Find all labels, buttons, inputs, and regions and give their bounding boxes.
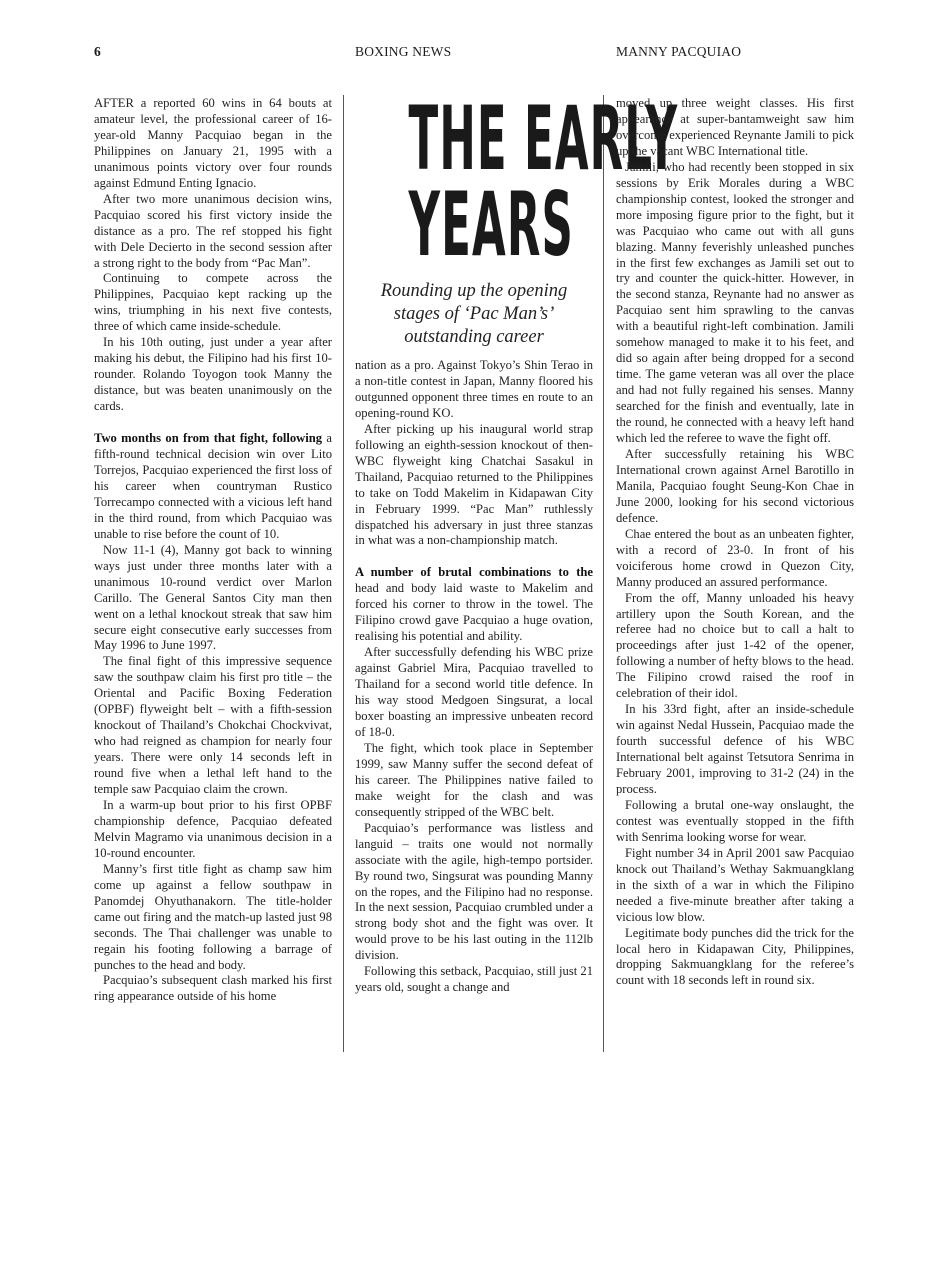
paragraph: In a warm-up bout prior to his first OPB… — [94, 798, 332, 862]
paragraph: Fight number 34 in April 2001 saw Pacqui… — [616, 846, 854, 926]
paragraph: After picking up his inaugural world str… — [355, 422, 593, 550]
paragraph: Continuing to compete across the Philipp… — [94, 271, 332, 335]
article-subtitle: Rounding up the opening stages of ‘Pac M… — [355, 280, 593, 349]
lead-in-text: A number of brutal combinations to the — [355, 565, 593, 579]
article-column-2: nation as a pro. Against Tokyo’s Shin Te… — [355, 358, 593, 996]
page-number: 6 — [94, 44, 101, 60]
article-title-line-1: THE EARLY — [409, 96, 540, 182]
article-column-1: AFTER a reported 60 wins in 64 bouts at … — [94, 96, 332, 1005]
paragraph: Chae entered the bout as an unbeaten fig… — [616, 527, 854, 591]
article-heading: THE EARLY YEARS Rounding up the opening … — [355, 96, 593, 349]
paragraph: After two more unanimous decision wins, … — [94, 192, 332, 272]
paragraph: moved up three weight classes. His first… — [616, 96, 854, 160]
paragraph-lead: A number of brutal combinations to the h… — [355, 565, 593, 645]
paragraph: Pacquiao’s performance was listless and … — [355, 821, 593, 965]
lead-in-text: Two months on from that fight, following — [94, 431, 322, 445]
paragraph: After successfully defending his WBC pri… — [355, 645, 593, 741]
paragraph: From the off, Manny unloaded his heavy a… — [616, 591, 854, 703]
section-title: MANNY PACQUIAO — [616, 44, 741, 60]
paragraph: After successfully retaining his WBC Int… — [616, 447, 854, 527]
paragraph-text: head and body laid waste to Makelim and … — [355, 581, 593, 643]
paragraph: The fight, which took place in September… — [355, 741, 593, 821]
article-title-line-2: YEARS — [409, 182, 540, 268]
paragraph: Now 11-1 (4), Manny got back to winning … — [94, 543, 332, 655]
paragraph: Legitimate body punches did the trick fo… — [616, 926, 854, 990]
column-divider — [343, 95, 344, 1052]
paragraph: Manny’s first title fight as champ saw h… — [94, 862, 332, 974]
paragraph: AFTER a reported 60 wins in 64 bouts at … — [94, 96, 332, 192]
paragraph-text: a fifth-round technical decision win ove… — [94, 431, 332, 541]
column-divider — [603, 95, 604, 1052]
paragraph: Following this setback, Pacquiao, still … — [355, 964, 593, 996]
paragraph: In his 10th outing, just under a year af… — [94, 335, 332, 415]
paragraph: nation as a pro. Against Tokyo’s Shin Te… — [355, 358, 593, 422]
paragraph: Jamili, who had recently been stopped in… — [616, 160, 854, 447]
paragraph: The final fight of this impressive seque… — [94, 654, 332, 798]
article-column-3: moved up three weight classes. His first… — [616, 96, 854, 989]
paragraph-lead: Two months on from that fight, following… — [94, 431, 332, 543]
paragraph: Following a brutal one-way onslaught, th… — [616, 798, 854, 846]
publication-name: BOXING NEWS — [355, 44, 451, 60]
page-header: 6 BOXING NEWS MANNY PACQUIAO — [0, 44, 948, 62]
paragraph: Pacquiao’s subsequent clash marked his f… — [94, 973, 332, 1005]
paragraph: In his 33rd fight, after an inside-sched… — [616, 702, 854, 798]
